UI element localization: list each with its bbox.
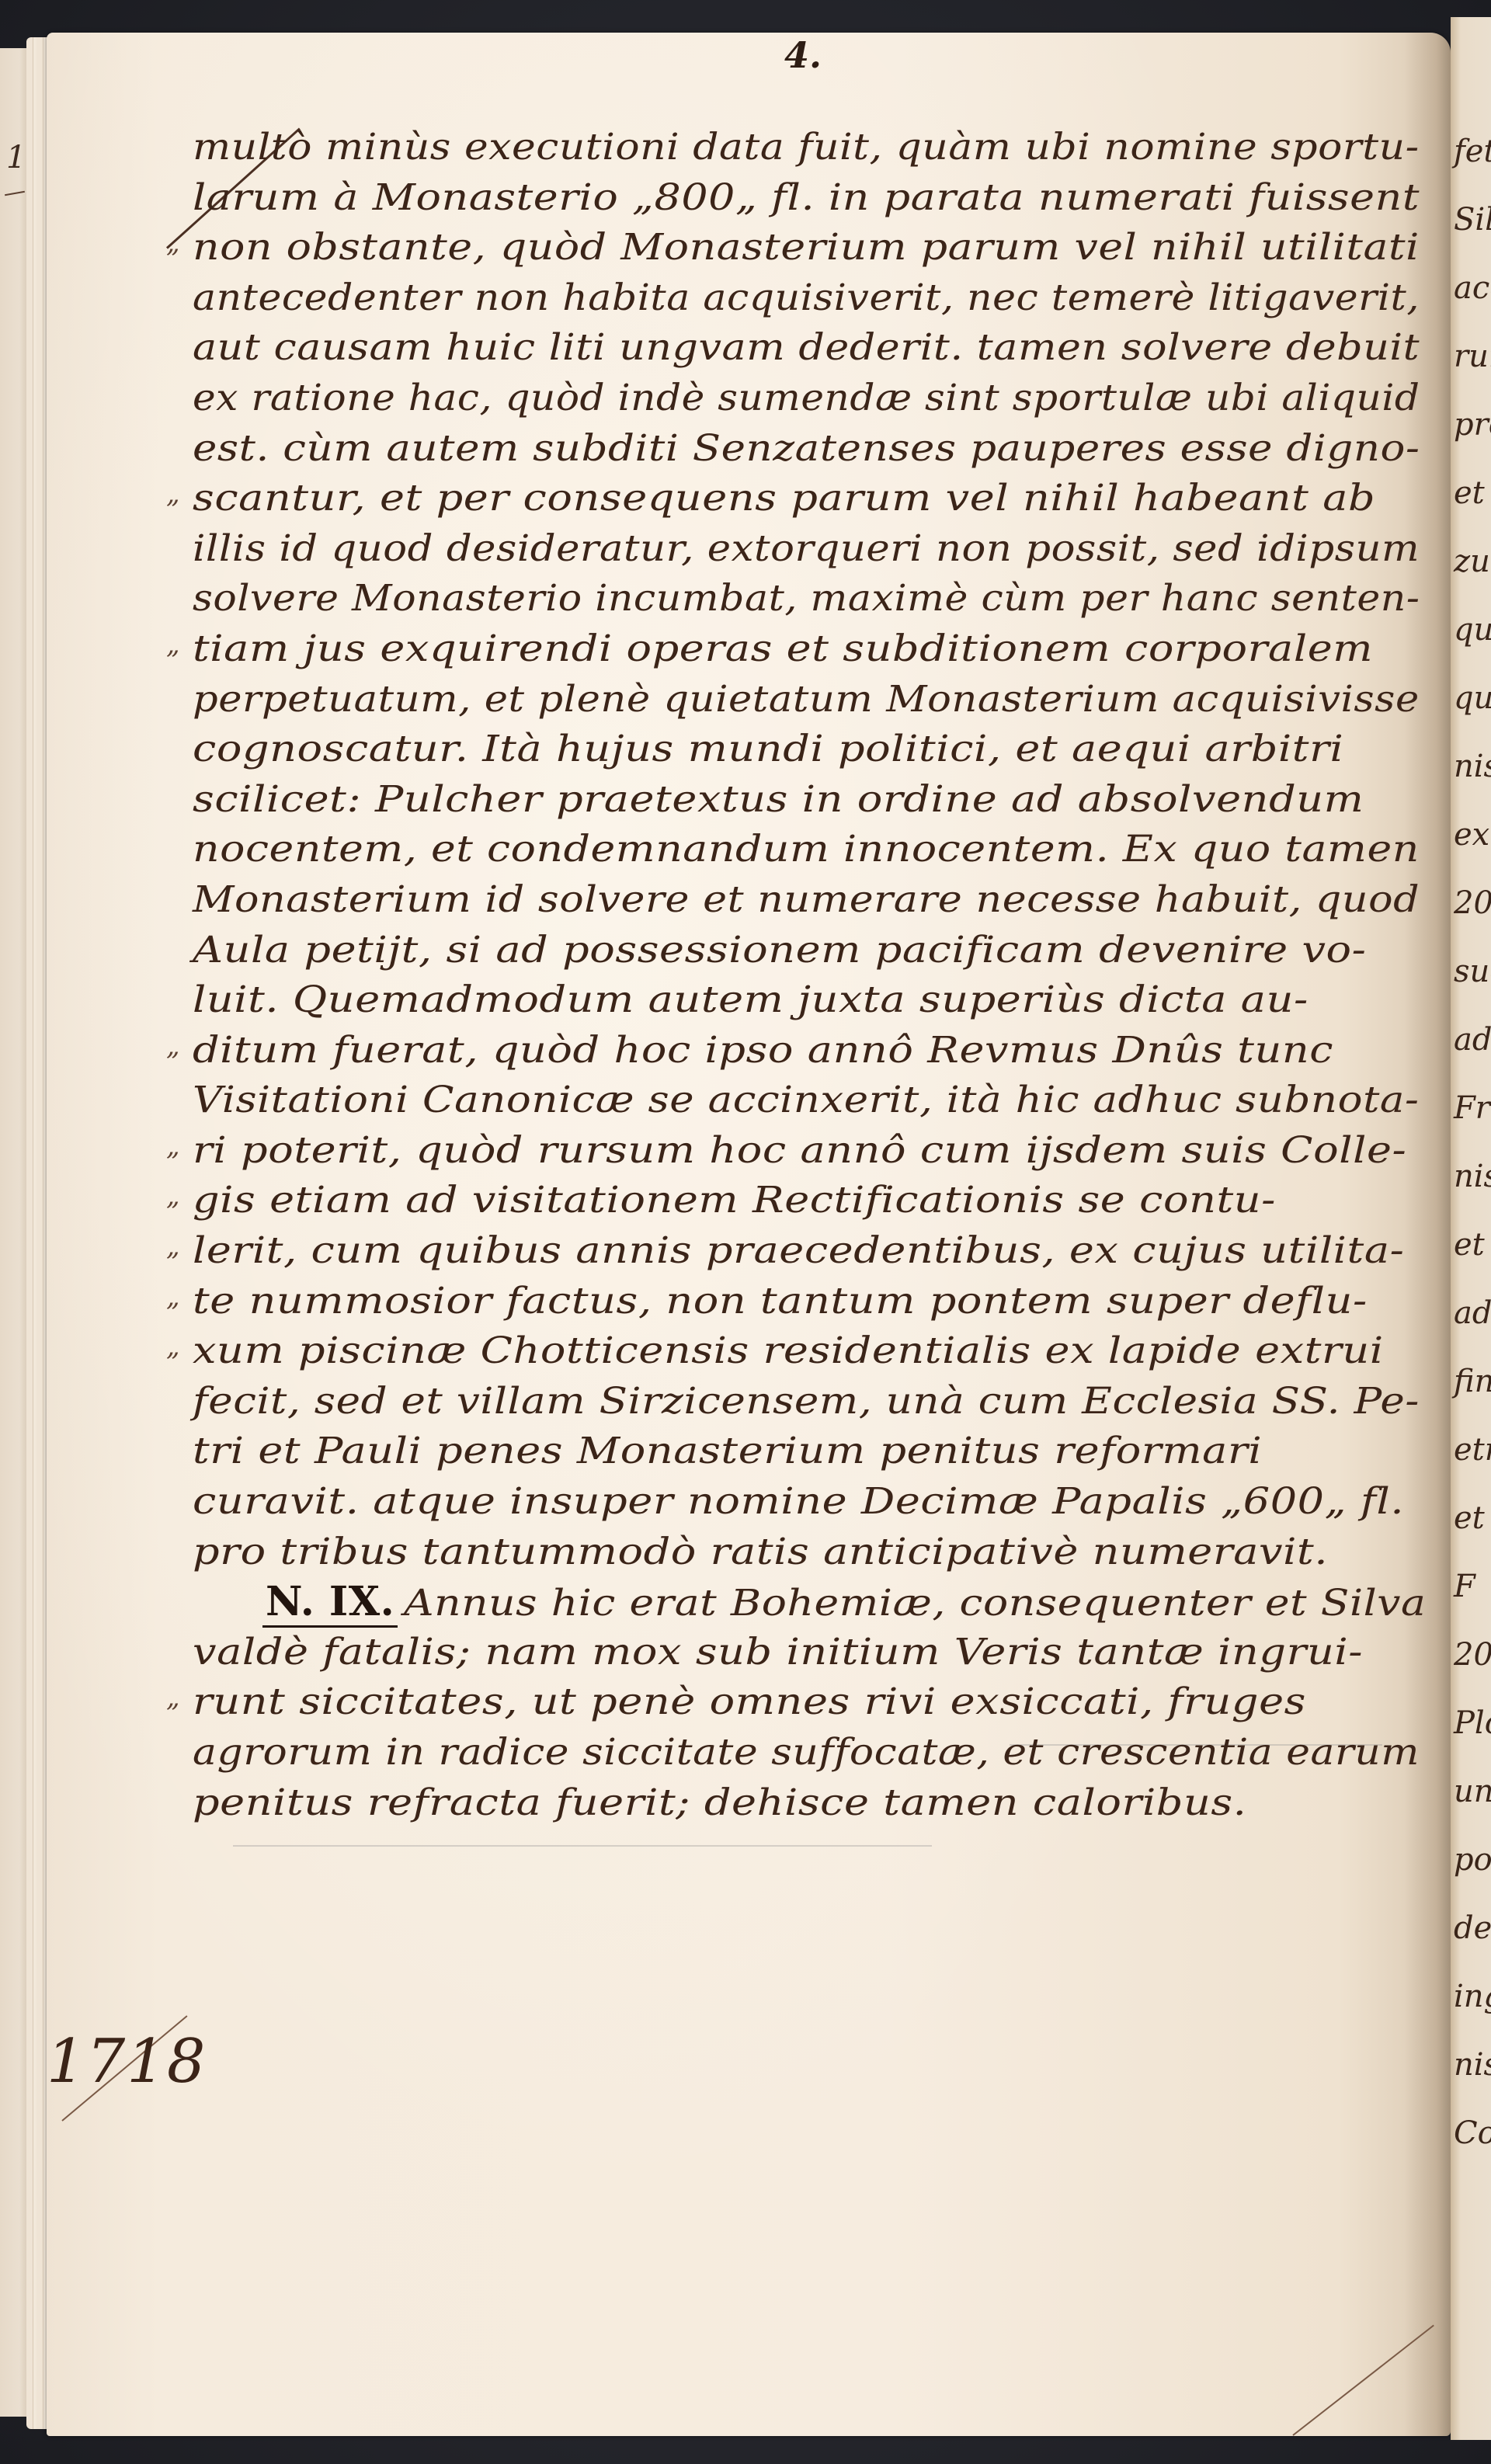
manuscript-line: fecit, sed et villam Sirzicensem, unà cu… [193, 1377, 1427, 1427]
adjacent-page-fragment: prom [1454, 407, 1491, 443]
adjacent-page-fragment: que v [1454, 680, 1491, 716]
manuscript-line: „ri poterit, quòd rursum hoc annô cum ij… [193, 1126, 1427, 1176]
line-text: fecit, sed et villam Sirzicensem, unà cu… [193, 1377, 1420, 1427]
manuscript-line: aut causam huic liti ungvam dederit. tam… [193, 323, 1427, 374]
manuscript-line: „lerit, cum quibus annis praecedentibus,… [193, 1226, 1427, 1277]
adjacent-page-fragment: ad. [1454, 1022, 1491, 1058]
manuscript-line: illis id quod desideratur, extorqueri no… [193, 524, 1427, 575]
manuscript-line: penitus refracta fuerit; dehisce tamen c… [193, 1778, 1427, 1829]
quotation-mark: „ [166, 1272, 180, 1322]
manuscript-line: est. cùm autem subditi Senzatenses paupe… [193, 424, 1427, 474]
line-text: tri et Pauli penes Monasterium penitus r… [193, 1427, 1262, 1477]
line-text: ditum fuerat, quòd hoc ipso annô Revmus … [193, 1026, 1333, 1076]
adjacent-page-fragment: zuly [1454, 544, 1491, 579]
line-text: Monasterium id solvere et numerare neces… [193, 875, 1420, 926]
line-text: antecedenter non habita acquisiverit, ne… [193, 273, 1420, 324]
adjacent-page-fragment: quoa [1454, 612, 1491, 648]
adjacent-page-fragment: et a [1454, 475, 1491, 511]
line-text: agrorum in radice siccitate suffocatæ, e… [193, 1728, 1420, 1778]
manuscript-line: multò minùs executioni data fuit, quàm u… [193, 123, 1427, 173]
manuscript-line: nocentem, et condemnandum innocentem. Ex… [193, 825, 1427, 875]
left-page-rule [5, 191, 25, 196]
adjacent-page-fragment: nis [1454, 1159, 1491, 1194]
line-text: perpetuatum, et plenè quietatum Monaster… [193, 675, 1420, 725]
quotation-mark: „ [166, 1121, 180, 1172]
line-text: runt siccitates, ut penè omnes rivi exsi… [193, 1677, 1306, 1728]
quotation-mark: „ [166, 1171, 180, 1222]
line-text: scilicet: Pulcher praetextus in ordine a… [193, 775, 1364, 825]
manuscript-line: luit. Quemadmodum autem juxta superiùs d… [193, 975, 1427, 1026]
manuscript-line: larum à Monasterio „800„ fl. in parata n… [193, 173, 1427, 224]
line-text: tiam jus exquirendi operas et subditione… [193, 624, 1373, 675]
adjacent-page-fragment: Plo [1454, 1705, 1491, 1741]
line-text: Visitationi Canonicæ se accinxerit, ità … [193, 1076, 1420, 1126]
line-text: pro tribus tantummodò ratis anticipativè… [193, 1527, 1328, 1578]
manuscript-line: „ditum fuerat, quòd hoc ipso annô Revmus… [193, 1026, 1427, 1076]
line-text: non obstante, quòd Monasterium parum vel… [193, 223, 1420, 273]
adjacent-page-fragment: et [1454, 1500, 1485, 1536]
line-text: lerit, cum quibus annis praecedentibus, … [193, 1226, 1404, 1277]
manuscript-line: „gis etiam ad visitationem Rectification… [193, 1176, 1427, 1226]
adjacent-page-fragment: nis [1454, 2047, 1491, 2083]
line-text: larum à Monasterio „800„ fl. in parata n… [193, 173, 1420, 224]
line-text: penitus refracta fuerit; dehisce tamen c… [193, 1778, 1246, 1829]
adjacent-page-fragment: rursu [1454, 339, 1491, 374]
adjacent-page-fragment: et [1454, 1227, 1485, 1263]
manuscript-line: scilicet: Pulcher praetextus in ordine a… [193, 775, 1427, 825]
adjacent-page-fragment: po [1454, 1842, 1491, 1878]
manuscript-line: „non obstante, quòd Monasterium parum ve… [193, 223, 1427, 273]
manuscript-line: „te nummosior factus, non tantum pontem … [193, 1277, 1427, 1327]
manuscript-line: solvere Monasterio incumbat, maximè cùm … [193, 574, 1427, 624]
line-text: Aula petijt, si ad possessionem pacifica… [193, 926, 1367, 976]
line-text: cognoscatur. Ità hujus mundi politici, e… [193, 725, 1343, 775]
adjacent-page-fragment: Con [1454, 2115, 1491, 2151]
quotation-mark: „ [166, 620, 180, 670]
manuscript-line: „runt siccitates, ut penè omnes rivi exs… [193, 1677, 1427, 1728]
quotation-mark: „ [166, 1021, 180, 1072]
manuscript-line: N. IX.Annus hic erat Bohemiæ, consequent… [193, 1577, 1427, 1628]
manuscript-line: antecedenter non habita acquisiverit, ne… [193, 273, 1427, 324]
adjacent-page-fragment: fina [1454, 1364, 1491, 1399]
left-page-sliver: 1. [0, 48, 29, 2417]
line-text: illis id quod desideratur, extorqueri no… [193, 524, 1420, 575]
line-text: multò minùs executioni data fuit, quàm u… [193, 123, 1420, 173]
line-text: solvere Monasterio incumbat, maximè cùm … [193, 574, 1420, 624]
manuscript-line: pro tribus tantummodò ratis anticipativè… [193, 1527, 1427, 1578]
adjacent-page-fragment: accing [1454, 270, 1491, 306]
adjacent-page-fragment: fet an [1454, 134, 1491, 169]
line-text: te nummosior factus, non tantum pontem s… [193, 1277, 1368, 1327]
adjacent-page-fragment: nis [1454, 749, 1491, 784]
adjacent-page-fragment: Silse [1454, 202, 1491, 238]
manuscript-line: „tiam jus exquirendi operas et subdition… [193, 624, 1427, 675]
adjacent-page-fragment: 200 [1454, 1637, 1491, 1673]
manuscript-line: „xum piscinæ Chotticensis residentialis … [193, 1326, 1427, 1377]
manuscript-line: Aula petijt, si ad possessionem pacifica… [193, 926, 1427, 976]
manuscript-line: agrorum in radice siccitate suffocatæ, e… [193, 1728, 1427, 1778]
margin-year-note: 1718 [47, 2027, 207, 2097]
manuscript-text: multò minùs executioni data fuit, quàm u… [193, 123, 1427, 1828]
adjacent-page-fragment: expol [1454, 817, 1491, 853]
quotation-mark: „ [166, 469, 180, 520]
adjacent-page-fragment: etn [1454, 1432, 1491, 1468]
adjacent-page-fragment: und [1454, 1774, 1491, 1809]
quotation-mark: „ [166, 1673, 180, 1723]
adjacent-page-strip: fet anSilseaccingrursupromet azulyquoaqu… [1451, 17, 1491, 2440]
line-text: gis etiam ad visitationem Rectificationi… [193, 1176, 1276, 1226]
adjacent-page-fragment: del [1454, 1910, 1491, 1946]
line-text: ex ratione hac, quòd indè sumendæ sint s… [193, 374, 1420, 424]
line-text: xum piscinæ Chotticensis residentialis e… [193, 1326, 1384, 1377]
adjacent-page-fragment: ad m [1454, 1295, 1491, 1331]
line-text: aut causam huic liti ungvam dederit. tam… [193, 323, 1420, 374]
section-marker: N. IX. [262, 1578, 398, 1628]
adjacent-page-fragment: ing [1454, 1979, 1491, 2014]
line-text: scantur, et per consequens parum vel nih… [193, 474, 1375, 524]
quotation-mark: „ [166, 1322, 180, 1372]
line-text: ri poterit, quòd rursum hoc annô cum ijs… [193, 1126, 1406, 1176]
page-number: 4. [784, 34, 822, 76]
line-text: luit. Quemadmodum autem juxta superiùs d… [193, 975, 1309, 1026]
manuscript-line: valdè fatalis; nam mox sub initium Veris… [193, 1628, 1427, 1678]
manuscript-line: perpetuatum, et plenè quietatum Monaster… [193, 675, 1427, 725]
adjacent-page-fragment: sue [1454, 954, 1491, 989]
manuscript-line: Monasterium id solvere et numerare neces… [193, 875, 1427, 926]
manuscript-line: tri et Pauli penes Monasterium penitus r… [193, 1427, 1427, 1477]
quotation-mark: „ [166, 218, 180, 269]
line-text: Annus hic erat Bohemiæ, consequenter et … [404, 1579, 1426, 1629]
manuscript-line: „scantur, et per consequens parum vel ni… [193, 474, 1427, 524]
ruled-line [233, 1845, 932, 1847]
line-text: nocentem, et condemnandum innocentem. Ex… [193, 825, 1420, 875]
line-text: est. cùm autem subditi Senzatenses paupe… [193, 424, 1420, 474]
adjacent-page-fragment: F [1454, 1569, 1475, 1604]
manuscript-line: ex ratione hac, quòd indè sumendæ sint s… [193, 374, 1427, 424]
manuscript-line: cognoscatur. Ità hujus mundi politici, e… [193, 725, 1427, 775]
adjacent-page-fragment: Fron [1454, 1090, 1491, 1126]
manuscript-line: curavit. atque insuper nomine Decimæ Pap… [193, 1477, 1427, 1527]
quotation-mark: „ [166, 1222, 180, 1272]
line-text: curavit. atque insuper nomine Decimæ Pap… [193, 1477, 1404, 1527]
manuscript-line: Visitationi Canonicæ se accinxerit, ità … [193, 1076, 1427, 1126]
adjacent-page-fragment: 200 [1454, 885, 1491, 921]
line-text: valdè fatalis; nam mox sub initium Veris… [193, 1628, 1363, 1678]
